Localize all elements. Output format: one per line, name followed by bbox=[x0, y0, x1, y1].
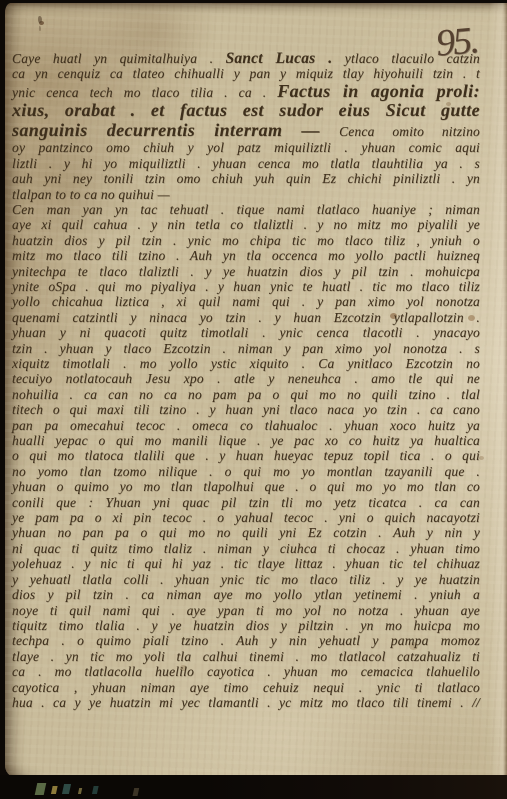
manuscript-line-segment: hualli yepac o qui mo manili lique . ye … bbox=[12, 433, 480, 448]
manuscript-line-segment: aye xi quil cahua . y nin tetla co tlali… bbox=[12, 217, 480, 232]
manuscript-line: yolehuaz . y nic ti qui hi yaz . tic tla… bbox=[12, 556, 480, 571]
manuscript-line-segment: yhuan o quimo yo mo tlan tlapolhui que .… bbox=[12, 479, 480, 494]
manuscript-line: nohuilia . ca can no ca no pam pa o qui … bbox=[12, 387, 480, 402]
manuscript-line-segment: yolehuaz . y nic ti qui hi yaz . tic tla… bbox=[12, 556, 480, 571]
manuscript-text-block: Caye huatl yn quimitalhuiya . Sanct Luca… bbox=[12, 51, 480, 710]
manuscript-scan: 95. Caye huatl yn quimitalhuiya . Sanct … bbox=[0, 0, 507, 799]
manuscript-line-segment: y yehuatl tlatla colli . yhuan ynic tic … bbox=[12, 572, 480, 587]
manuscript-line-segment: ca yn cenquiz ca tlateo chihualli y pan … bbox=[12, 66, 480, 81]
manuscript-line: sanguinis decurrentis interram — Cenca o… bbox=[12, 121, 480, 141]
manuscript-line: yollo chicahua liztica , xi quil nami qu… bbox=[12, 294, 480, 309]
manuscript-line-segment: xiquitz timotlali . mo yollo ystic xiqui… bbox=[12, 356, 480, 371]
manuscript-line-segment: Factus in agonia proli: bbox=[277, 81, 480, 101]
manuscript-line: xius, orabat . et factus est sudor eius … bbox=[12, 101, 480, 121]
manuscript-line: yhuan o quimo yo mo tlan tlapolhui que .… bbox=[12, 479, 480, 494]
manuscript-line: oy pantzinco omo chiuh y yol patz miquil… bbox=[12, 140, 480, 155]
manuscript-line-segment: yhuan y ni quacoti quitz timotlali . yni… bbox=[12, 325, 480, 340]
manuscript-line-segment: mitz mo tlaco tili tzino . Auh yn tla oc… bbox=[12, 248, 480, 263]
manuscript-line: no yomo tlan tzomo nilique . o qui mo yo… bbox=[12, 464, 480, 479]
manuscript-line: y yehuatl tlatla colli . yhuan ynic tic … bbox=[12, 572, 480, 587]
manuscript-line: tecuiyo notlatocauh Jesu xpo . atle y ne… bbox=[12, 371, 480, 386]
manuscript-line: ye pam pa o xi pin tecoc . o yahual teco… bbox=[12, 510, 480, 525]
manuscript-line: mitz mo tlaco tili tzino . Auh yn tla oc… bbox=[12, 248, 480, 263]
manuscript-line-segment: Cenca omito nitzino bbox=[339, 124, 480, 139]
manuscript-line-segment: oy pantzinco omo chiuh y yol patz miquil… bbox=[12, 140, 480, 155]
manuscript-line: hua . ca y ye huatzin mi yec tlamantli .… bbox=[12, 695, 480, 710]
manuscript-line-segment: techpa . o quimo piali tzino . Auh y nin… bbox=[12, 633, 480, 648]
manuscript-line-segment: noye ti quil nami qui . aye ypan ti mo y… bbox=[12, 603, 480, 618]
manuscript-line-segment: tecuiyo notlatocauh Jesu xpo . atle y ne… bbox=[12, 371, 480, 386]
manuscript-line-segment: liztli . y hi yo miquiliztli . yhuan cen… bbox=[12, 156, 480, 171]
manuscript-line: ynitechpa te tlaco tlaliztli . y ye huat… bbox=[12, 264, 480, 279]
manuscript-line-segment: auh yni ney tonili tzin omo chiuh yuh qu… bbox=[12, 171, 480, 186]
manuscript-line: ca yn cenquiz ca tlateo chihualli y pan … bbox=[12, 66, 480, 81]
manuscript-line-segment: ynite oSpa . qui mo piyaliya . y huan yn… bbox=[12, 279, 480, 294]
manuscript-line-segment: tlalpan to to ca no quihui — bbox=[12, 187, 170, 202]
manuscript-line: yhuan y ni quacoti quitz timotlali . yni… bbox=[12, 325, 480, 340]
manuscript-line: ynic cenca tech mo tlaco tilia . ca . Fa… bbox=[12, 82, 480, 102]
manuscript-line: pan pa omecahui tecoc . omeca co tlahual… bbox=[12, 418, 480, 433]
manuscript-line-segment: tiquitz timo tlalia . y ye huatzin dios … bbox=[12, 618, 480, 633]
manuscript-line-segment: hua . ca y ye huatzin mi yec tlamantli .… bbox=[12, 695, 480, 710]
manuscript-line: Caye huatl yn quimitalhuiya . Sanct Luca… bbox=[12, 51, 480, 66]
book-bottom-edge bbox=[0, 775, 507, 799]
manuscript-line-segment: yollo chicahua liztica , xi quil nami qu… bbox=[12, 294, 480, 309]
manuscript-line: tlalpan to to ca no quihui — bbox=[12, 187, 480, 202]
manuscript-line: conili que : Yhuan yni quac pil tzin tli… bbox=[12, 495, 480, 510]
manuscript-line: cayotica , yhuan niman aye timo cehuiz n… bbox=[12, 680, 480, 695]
manuscript-line: huatzin dios y pil tzin . ynic mo chipa … bbox=[12, 233, 480, 248]
manuscript-line: tzin . yhuan y tlaco Ezcotzin . niman y … bbox=[12, 341, 480, 356]
manuscript-line-segment: pan pa omecahui tecoc . omeca co tlahual… bbox=[12, 418, 480, 433]
manuscript-line-segment: sanguinis decurrentis interram — bbox=[12, 120, 339, 140]
manuscript-line-segment: Sanct Lucas . bbox=[226, 50, 333, 67]
manuscript-line-segment: dios y pil tzin . ca niman aye mo yollo … bbox=[12, 587, 480, 602]
manuscript-line-segment: ca . mo tlatlacolla huelilo cayotica . y… bbox=[12, 664, 480, 679]
manuscript-line-segment: ye pam pa o xi pin tecoc . o yahual teco… bbox=[12, 510, 480, 525]
manuscript-line: liztli . y hi yo miquiliztli . yhuan cen… bbox=[12, 156, 480, 171]
manuscript-line: quenami catzintli y ninaca yo tzin . y h… bbox=[12, 310, 480, 325]
manuscript-line: noye ti quil nami qui . aye ypan ti mo y… bbox=[12, 603, 480, 618]
manuscript-line-segment: titech o qui maxi tili tzino . y huan yn… bbox=[12, 402, 480, 417]
manuscript-line-segment: Cen man yan yn tac tehuatl . tique nami … bbox=[12, 202, 480, 217]
manuscript-line: tiquitz timo tlalia . y ye huatzin dios … bbox=[12, 618, 480, 633]
manuscript-line-segment: ynic cenca tech mo tlaco tilia . ca . bbox=[12, 85, 277, 100]
manuscript-line: techpa . o quimo piali tzino . Auh y nin… bbox=[12, 633, 480, 648]
manuscript-line: o qui mo tlatoca tlalili que . y huan hu… bbox=[12, 448, 480, 463]
manuscript-line: yhuan no pan pa o qui mo no quili yni Ez… bbox=[12, 525, 480, 540]
manuscript-line: ynite oSpa . qui mo piyaliya . y huan yn… bbox=[12, 279, 480, 294]
manuscript-line: hualli yepac o qui mo manili lique . ye … bbox=[12, 433, 480, 448]
manuscript-line: Cen man yan yn tac tehuatl . tique nami … bbox=[12, 202, 480, 217]
manuscript-line: ni quac ti quitz timo tlaliz . niman y c… bbox=[12, 541, 480, 556]
manuscript-line-segment: ytlaco tlacuilo catzin bbox=[332, 51, 480, 66]
manuscript-line-segment: xius, orabat . et factus est sudor eius … bbox=[12, 100, 480, 120]
manuscript-line: auh yni ney tonili tzin omo chiuh yuh qu… bbox=[12, 171, 480, 186]
manuscript-line-segment: huatzin dios y pil tzin . ynic mo chipa … bbox=[12, 233, 480, 248]
manuscript-line-segment: Caye huatl yn quimitalhuiya . bbox=[12, 51, 226, 66]
manuscript-line-segment: tlaye . yn tic mo yoli tla calhui tinemi… bbox=[12, 649, 480, 664]
manuscript-line-segment: ni quac ti quitz timo tlaliz . niman y c… bbox=[12, 541, 480, 556]
manuscript-line-segment: yhuan no pan pa o qui mo no quili yni Ez… bbox=[12, 525, 480, 540]
manuscript-line-segment: ynitechpa te tlaco tlaliztli . y ye huat… bbox=[12, 264, 480, 279]
manuscript-line: ca . mo tlatlacolla huelilo cayotica . y… bbox=[12, 664, 480, 679]
manuscript-line: titech o qui maxi tili tzino . y huan yn… bbox=[12, 402, 480, 417]
manuscript-line: aye xi quil cahua . y nin tetla co tlali… bbox=[12, 217, 480, 232]
manuscript-line-segment: quenami catzintli y ninaca yo tzin . y h… bbox=[12, 310, 480, 325]
ink-smudge bbox=[38, 16, 42, 23]
manuscript-line-segment: nohuilia . ca can no ca no pam pa o qui … bbox=[12, 387, 480, 402]
manuscript-line-segment: tzin . yhuan y tlaco Ezcotzin . niman y … bbox=[12, 341, 480, 356]
manuscript-line-segment: no yomo tlan tzomo nilique . o qui mo yo… bbox=[12, 464, 480, 479]
manuscript-line: xiquitz timotlali . mo yollo ystic xiqui… bbox=[12, 356, 480, 371]
manuscript-line-segment: conili que : Yhuan yni quac pil tzin tli… bbox=[12, 495, 480, 510]
manuscript-line: tlaye . yn tic mo yoli tla calhui tinemi… bbox=[12, 649, 480, 664]
manuscript-line: dios y pil tzin . ca niman aye mo yollo … bbox=[12, 587, 480, 602]
manuscript-line-segment: o qui mo tlatoca tlalili que . y huan hu… bbox=[12, 448, 480, 463]
manuscript-line-segment: cayotica , yhuan niman aye timo cehuiz n… bbox=[12, 680, 480, 695]
